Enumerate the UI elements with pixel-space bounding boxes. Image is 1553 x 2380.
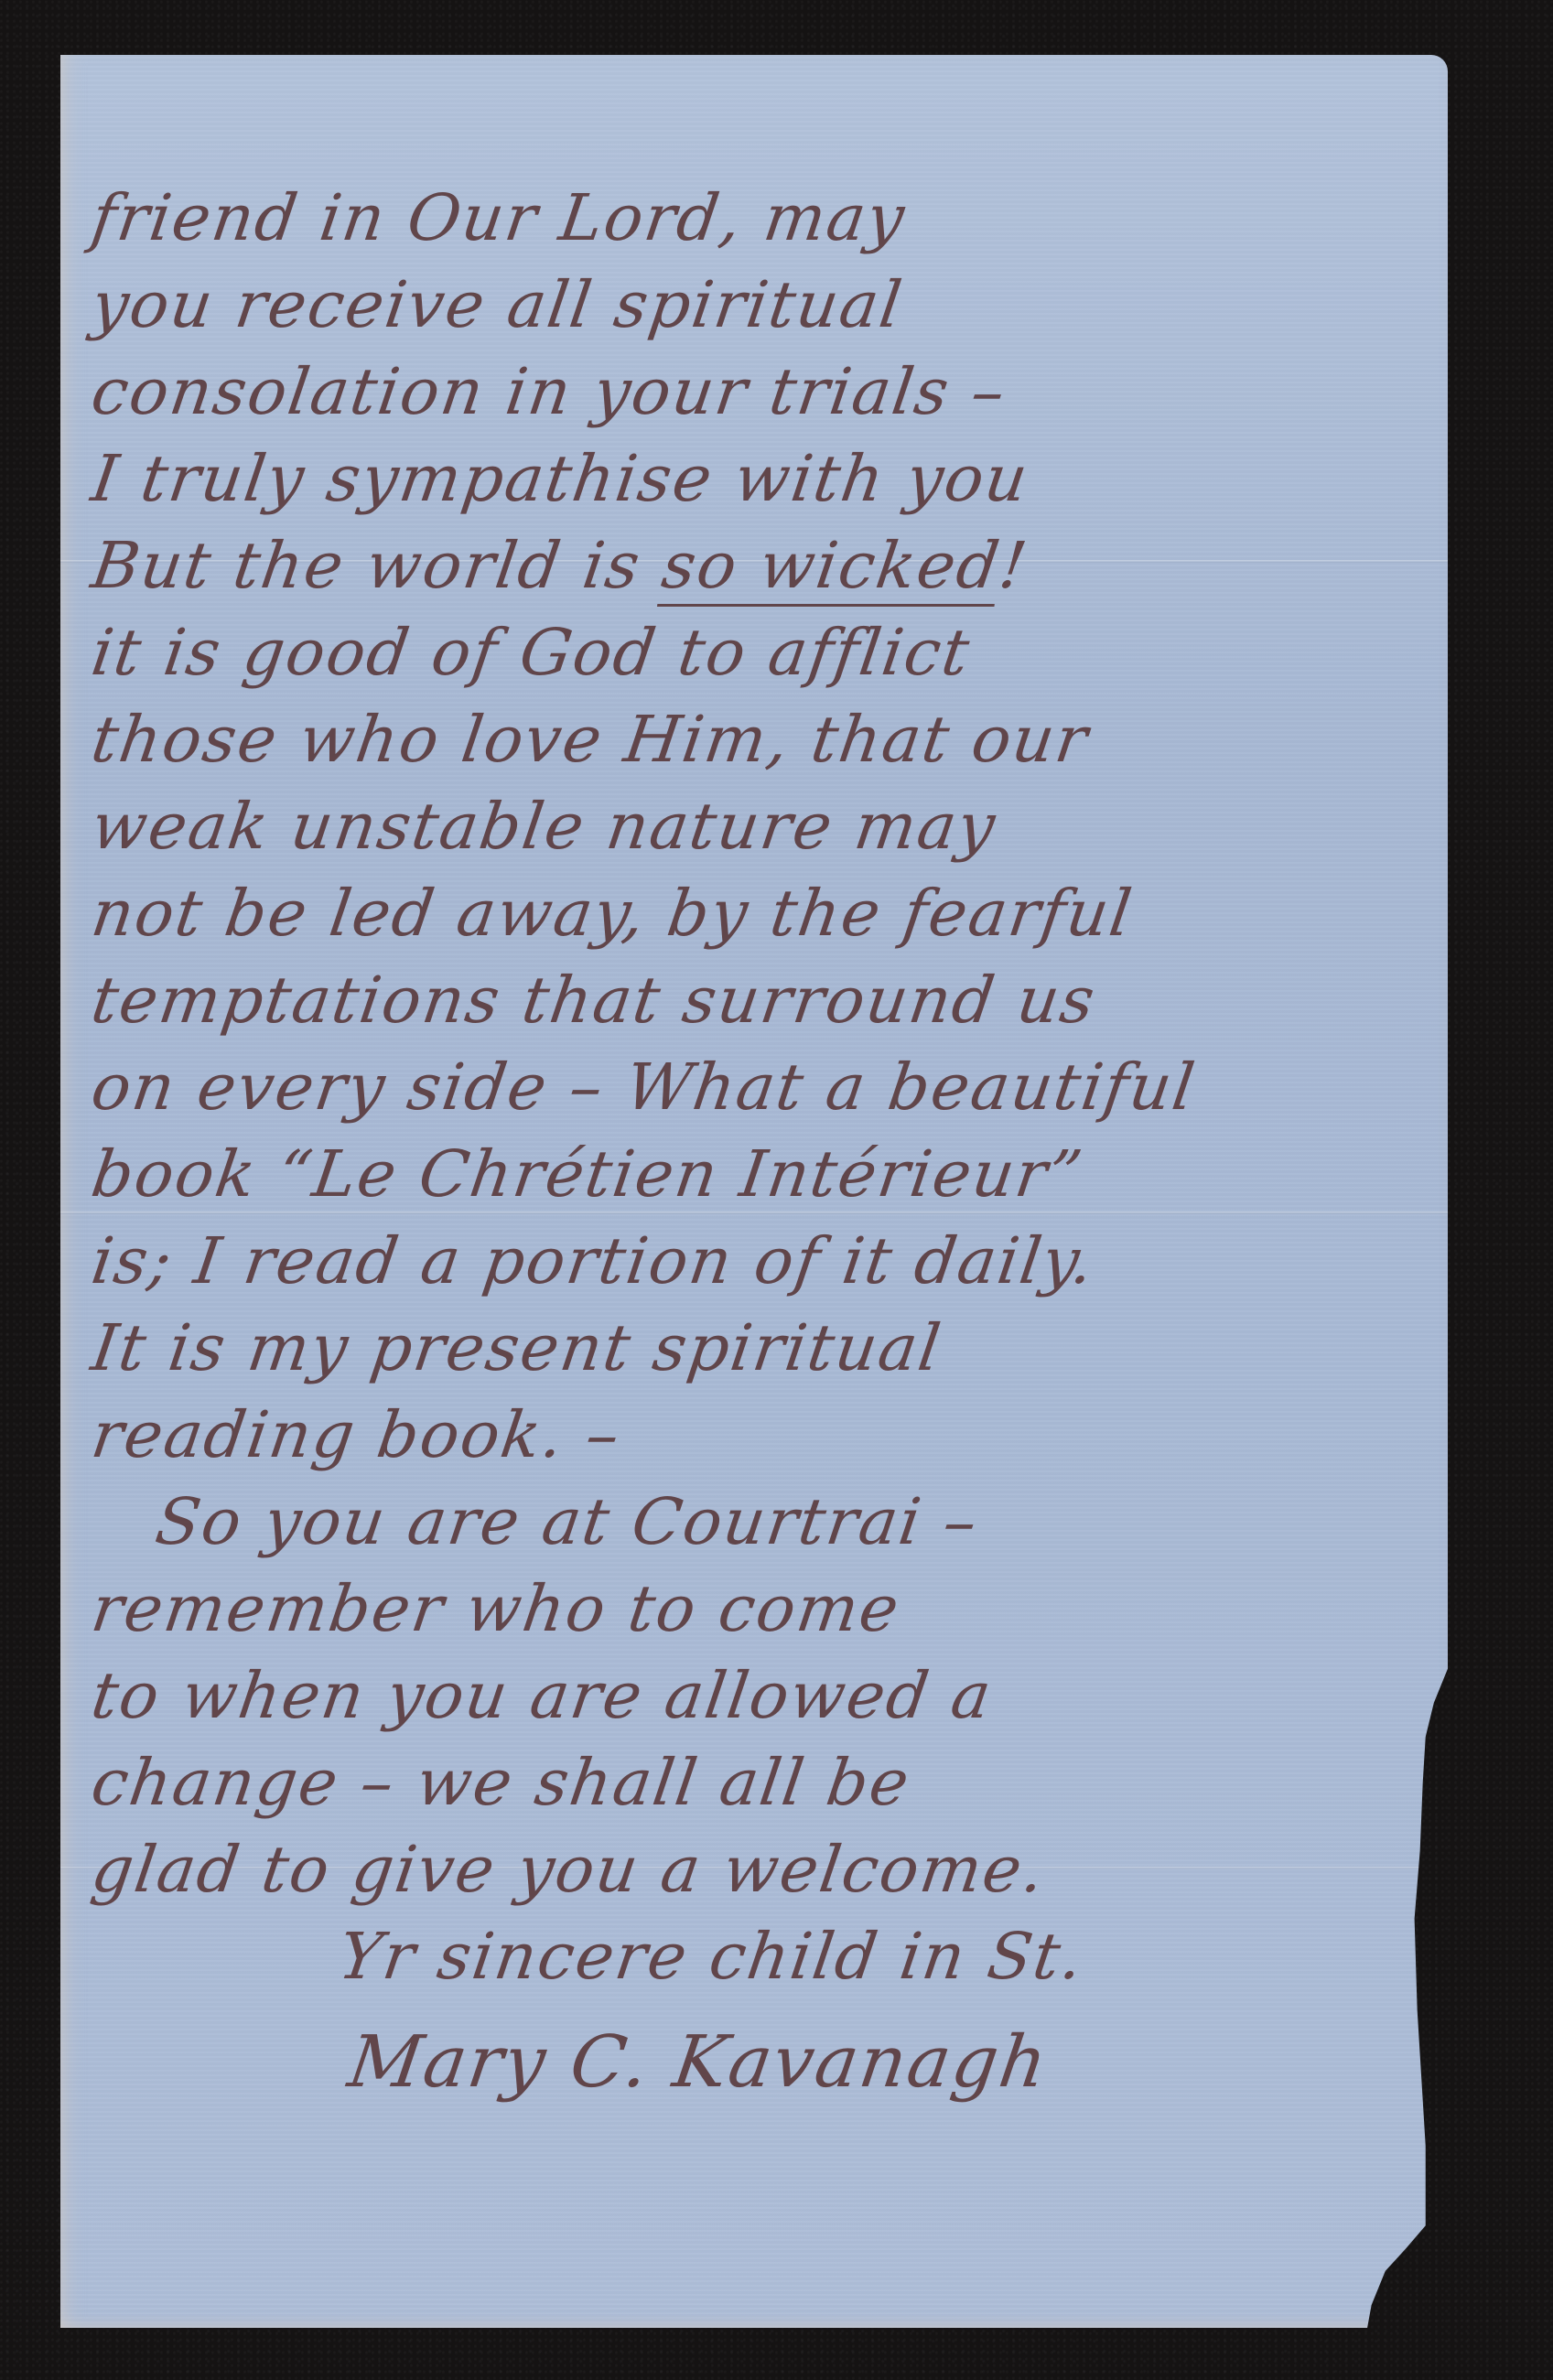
letter-line: weak unstable nature may: [88, 771, 1436, 858]
letter-line: glad to give you a welcome.: [88, 1815, 1436, 1901]
underlined-phrase: so wicked: [658, 533, 1004, 598]
letter-line: on every side – What a beautiful: [88, 1032, 1436, 1119]
letter-body: friend in Our Lord, may you receive all …: [88, 163, 1424, 2098]
letter-line: reading book. –: [88, 1380, 1436, 1467]
letter-line: those who love Him, that our: [88, 684, 1436, 771]
letter-line: remember who to come: [88, 1554, 1436, 1641]
closing-salutation: Yr sincere child in St.: [88, 1901, 1436, 1988]
letter-line: It is my present spiritual: [88, 1293, 1436, 1380]
letter-line: not be led away, by the fearful: [88, 858, 1436, 945]
letter-line: consolation in your trials –: [88, 337, 1436, 424]
letter-line: is; I read a portion of it daily.: [88, 1206, 1436, 1293]
signature: Mary C. Kavanagh: [88, 1988, 1440, 2098]
letter-line: change – we shall all be: [88, 1728, 1436, 1815]
letter-line: it is good of God to afflict: [88, 598, 1436, 684]
letter-line: to when you are allowed a: [88, 1641, 1436, 1728]
letter-line: book “Le Chrétien Intérieur”: [88, 1119, 1436, 1206]
letter-line: temptations that surround us: [88, 945, 1436, 1032]
letter-line: friend in Our Lord, may: [88, 163, 1436, 250]
letter-line-underlined: But the world is so wicked !: [88, 511, 1436, 598]
letter-page: friend in Our Lord, may you receive all …: [60, 55, 1448, 2328]
letter-line: So you are at Courtrai –: [88, 1467, 1436, 1554]
line-text: But the world is: [88, 533, 645, 598]
letter-line: you receive all spiritual: [88, 250, 1436, 337]
letter-line: I truly sympathise with you: [88, 424, 1436, 511]
